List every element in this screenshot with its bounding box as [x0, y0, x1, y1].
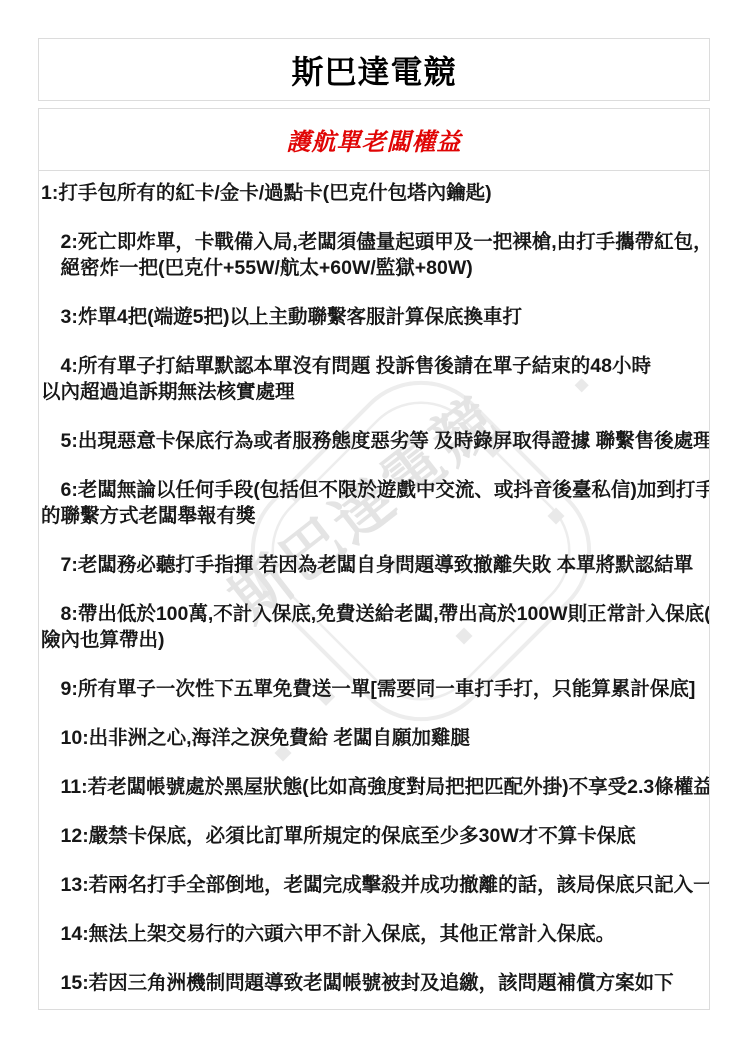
- content-box: 斯巴達電競 護航單老闆權益 1:打手包所有的紅卡/金卡/過點卡(巴克什包塔內鑰匙…: [38, 108, 710, 1010]
- rule-item: 12:嚴禁卡保底，必須比訂單所規定的保底至少多30W才不算卡保底: [41, 823, 707, 849]
- rule-item: 15:若因三角洲機制問題導致老闆帳號被封及追繳，該問題補償方案如下: [41, 970, 707, 996]
- title-box: 斯巴達電競: [38, 38, 710, 101]
- rules-list: 1:打手包所有的紅卡/金卡/過點卡(巴克什包塔內鑰匙) 2:死亡即炸單，卡戰備入…: [39, 171, 709, 996]
- subtitle-row: 護航單老闆權益: [39, 109, 709, 171]
- rule-item: 5:出現惡意卡保底行為或者服務態度惡劣等 及時錄屏取得證據 聯繫售後處理: [41, 428, 707, 454]
- rule-item: 2:死亡即炸單，卡戰備入局,老闆須儘量起頭甲及一把裸槍,由打手攜帶紅包， 絕密炸…: [41, 229, 707, 281]
- rule-item: 6:老闆無論以任何手段(包括但不限於遊戲中交流、或抖音後臺私信)加到打手 的聯繫…: [41, 477, 707, 529]
- rule-item: 4:所有單子打結單默認本單沒有問題 投訴售後請在單子結束的48小時 以內超過追訴…: [41, 353, 707, 405]
- rule-item: 8:帶出低於100萬,不計入保底,免費送給老闆,帶出高於100W則正常計入保底(…: [41, 601, 707, 653]
- rule-item: 11:若老闆帳號處於黑屋狀態(比如高強度對局把把匹配外掛)不享受2.3條權益: [41, 774, 707, 800]
- rule-item: 13:若兩名打手全部倒地，老闆完成擊殺并成功撤離的話，該局保底只記入一半: [41, 872, 707, 898]
- rule-item: 1:打手包所有的紅卡/金卡/過點卡(巴克什包塔內鑰匙): [41, 180, 707, 206]
- rule-item: 3:炸單4把(端遊5把)以上主動聯繫客服計算保底換車打: [41, 304, 707, 330]
- rule-item: 14:無法上架交易行的六頭六甲不計入保底，其他正常計入保底。: [41, 921, 707, 947]
- rule-item: 9:所有單子一次性下五單免費送一單[需要同一車打手打，只能算累計保底]: [41, 676, 707, 702]
- rule-item: 7:老闆務必聽打手指揮 若因為老闆自身問題導致撤離失敗 本單將默認結單: [41, 552, 707, 578]
- rule-item: 10:出非洲之心,海洋之淚免費給 老闆自願加雞腿: [41, 725, 707, 751]
- page-title: 斯巴達電競: [291, 47, 456, 93]
- document-page: 斯巴達電競 斯巴達電競 護航單老闆權益 1:打手包所有: [0, 0, 750, 1048]
- page-subtitle: 護航單老闆權益: [287, 122, 462, 157]
